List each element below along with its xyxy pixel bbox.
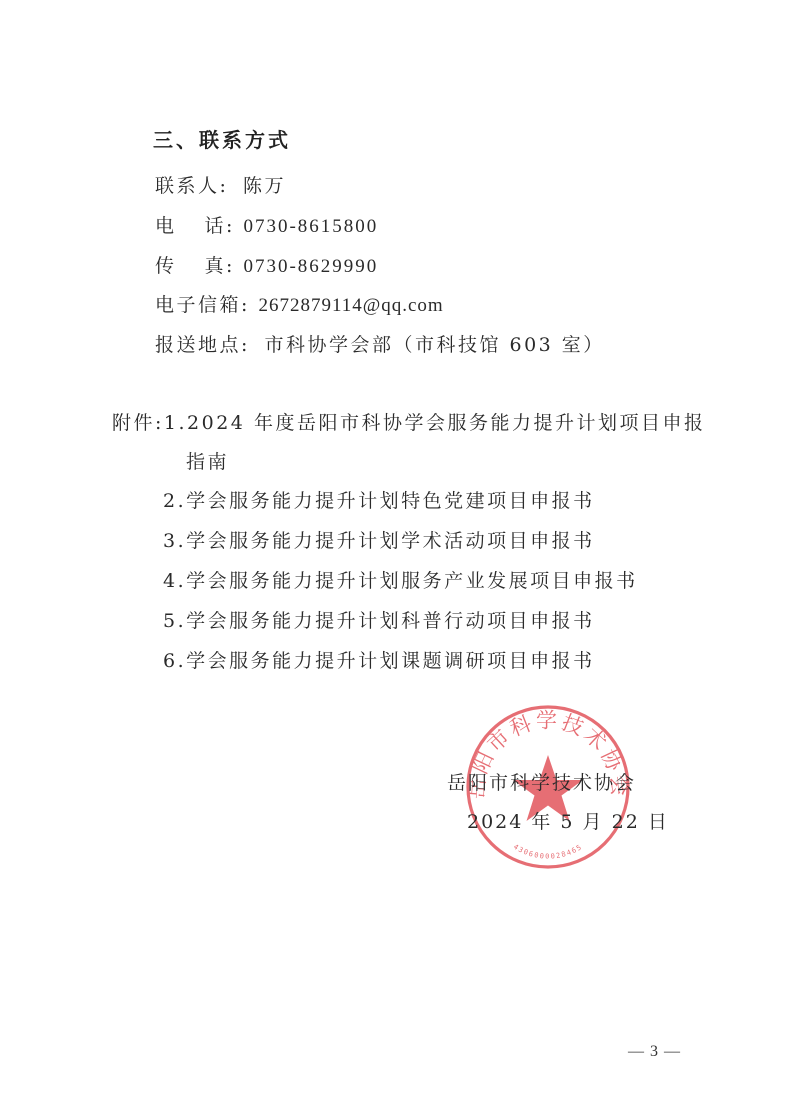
page-number: — 3 —: [628, 1043, 681, 1061]
signature-date: 2024 年 5 月 22 日: [467, 810, 669, 834]
contact-fax-row: 传真: 0730-8629990: [155, 254, 378, 279]
contact-phone-value: 0730-8615800: [243, 216, 378, 237]
attachment-number: 4.: [163, 570, 186, 592]
attachment-item-5: 5.学会服务能力提升计划科普行动项目申报书: [163, 609, 595, 633]
attachment-text: 学会服务能力提升计划学术活动项目申报书: [186, 530, 595, 552]
contact-person-value: 陈万: [243, 175, 286, 197]
contact-person-row: 联系人: 陈万: [155, 174, 286, 198]
attachment-item-2: 2.学会服务能力提升计划特色党建项目申报书: [163, 489, 595, 513]
attachment-item-3: 3.学会服务能力提升计划学术活动项目申报书: [163, 529, 595, 553]
contact-phone-label-part1: 电: [155, 215, 177, 237]
signature-organization: 岳阳市科学技术协会: [447, 771, 636, 795]
contact-address-row: 报送地点: 市科协学会部（市科技馆 603 室）: [155, 333, 605, 357]
attachment-text: 学会服务能力提升计划科普行动项目申报书: [186, 610, 595, 632]
attachment-text: 2024 年度岳阳市科协学会服务能力提升计划项目申报: [187, 412, 705, 434]
attachment-text: 学会服务能力提升计划特色党建项目申报书: [186, 490, 595, 512]
contact-address-label: 报送地点:: [155, 334, 250, 356]
attachment-item-1: 附件:1.2024 年度岳阳市科协学会服务能力提升计划项目申报: [112, 411, 705, 435]
contact-phone-row: 电话: 0730-8615800: [155, 214, 378, 239]
attachment-item-1-continuation: 指南: [186, 450, 229, 474]
attachment-number: 1.: [164, 412, 187, 434]
attachment-text: 学会服务能力提升计划课题调研项目申报书: [186, 650, 595, 672]
attachment-item-6: 6.学会服务能力提升计划课题调研项目申报书: [163, 649, 595, 673]
contact-fax-label-part1: 传: [155, 255, 177, 277]
contact-address-value: 市科协学会部（市科技馆 603 室）: [264, 334, 604, 356]
contact-fax-value: 0730-8629990: [243, 256, 378, 277]
attachment-number: 3.: [163, 530, 186, 552]
attachment-number: 2.: [163, 490, 186, 512]
contact-phone-label-part2: 话:: [205, 215, 235, 237]
contact-fax-label-part2: 真:: [205, 255, 235, 277]
attachment-text: 学会服务能力提升计划服务产业发展项目申报书: [186, 570, 638, 592]
contact-email-label: 电子信箱:: [155, 294, 250, 316]
contact-email-row: 电子信箱: 2672879114@qq.com: [155, 293, 444, 318]
contact-email-value: 2672879114@qq.com: [258, 295, 443, 316]
contact-person-label: 联系人:: [155, 175, 228, 197]
attachments-label: 附件:: [112, 412, 164, 434]
attachment-number: 6.: [163, 650, 186, 672]
section-heading: 三、联系方式: [153, 128, 291, 152]
seal-code: 4306000028465: [512, 843, 584, 861]
attachment-item-4: 4.学会服务能力提升计划服务产业发展项目申报书: [163, 569, 638, 593]
attachment-number: 5.: [163, 610, 186, 632]
